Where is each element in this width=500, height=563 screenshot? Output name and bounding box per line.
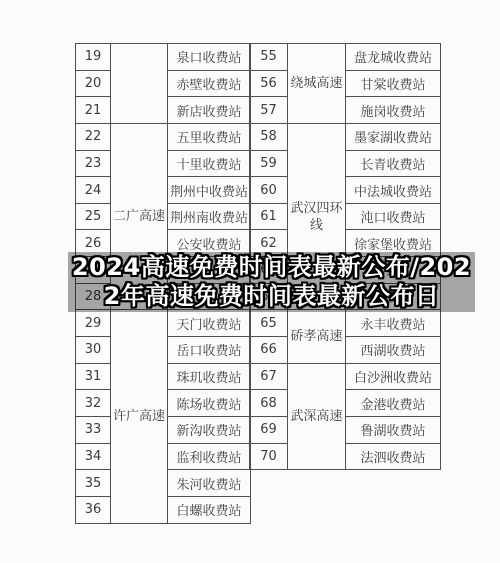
table-row: 56甘棠收费站: [250, 70, 441, 97]
station-name-cell: 朱河收费站: [168, 470, 251, 497]
table-row: 29许广高速天门收费站: [76, 310, 251, 337]
row-number-cell: 21: [76, 97, 111, 124]
table-row: 58武汉四环线墨家湖收费站: [250, 123, 441, 150]
row-number-cell: 24: [76, 177, 111, 204]
table-row: 59长青收费站: [250, 150, 441, 177]
station-name-cell: 新沟收费站: [168, 416, 251, 443]
row-number-cell: 22: [76, 123, 111, 150]
row-number-cell: 60: [250, 177, 288, 204]
station-name-cell: 五里收费站: [168, 123, 251, 150]
station-name-cell: 法泗收费站: [346, 443, 441, 470]
station-name-cell: 西湖收费站: [346, 337, 441, 364]
station-name-cell: 永丰收费站: [346, 310, 441, 337]
row-number-cell: 29: [76, 310, 111, 337]
station-name-cell: 泉口收费站: [168, 44, 251, 71]
station-name-cell: 中法城收费站: [346, 177, 441, 204]
table-row: 69鲁湖收费站: [250, 416, 441, 443]
station-name-cell: 施岗收费站: [346, 97, 441, 124]
highway-group-cell: [111, 44, 168, 124]
row-number-cell: 34: [76, 443, 111, 470]
row-number-cell: 57: [250, 97, 288, 124]
station-name-cell: 金港收费站: [346, 390, 441, 417]
station-name-cell: 荆州南收费站: [168, 203, 251, 230]
row-number-cell: 23: [76, 150, 111, 177]
station-name-cell: 白沙洲收费站: [346, 363, 441, 390]
table-row: 57施岗收费站: [250, 97, 441, 124]
station-name-cell: 白螺收费站: [168, 496, 251, 523]
table-row: 61沌口收费站: [250, 203, 441, 230]
station-name-cell: 荆州中收费站: [168, 177, 251, 204]
station-name-cell: 盘龙城收费站: [346, 44, 441, 71]
station-name-cell: 陈场收费站: [168, 390, 251, 417]
station-name-cell: 鲁湖收费站: [346, 416, 441, 443]
highway-group-cell: 硚孝高速: [288, 310, 346, 363]
title-overlay-line2: 2年高速免费时间表最新公布日: [104, 282, 440, 311]
table-row: 68金港收费站: [250, 390, 441, 417]
row-number-cell: 20: [76, 70, 111, 97]
highway-group-cell: 许广高速: [111, 310, 168, 523]
table-row: 60中法城收费站: [250, 177, 441, 204]
station-name-cell: 监利收费站: [168, 443, 251, 470]
row-number-cell: 69: [250, 416, 288, 443]
title-overlay-banner: 2024高速免费时间表最新公布/202 2年高速免费时间表最新公布日: [68, 252, 475, 312]
table-row: 67武深高速白沙洲收费站: [250, 363, 441, 390]
station-name-cell: 沌口收费站: [346, 203, 441, 230]
station-name-cell: 赤壁收费站: [168, 70, 251, 97]
table-row: 55绕城高速盘龙城收费站: [250, 44, 441, 71]
station-name-cell: 新店收费站: [168, 97, 251, 124]
highway-group-cell: 绕城高速: [288, 44, 346, 124]
station-name-cell: 甘棠收费站: [346, 70, 441, 97]
row-number-cell: 68: [250, 390, 288, 417]
row-number-cell: 66: [250, 337, 288, 364]
title-overlay-line1: 2024高速免费时间表最新公布/202: [72, 253, 471, 282]
table-row: 22二广高速五里收费站: [76, 123, 251, 150]
table-row: 19泉口收费站: [76, 44, 251, 71]
station-name-cell: 珠玑收费站: [168, 363, 251, 390]
station-name-cell: 长青收费站: [346, 150, 441, 177]
row-number-cell: 19: [76, 44, 111, 71]
row-number-cell: 59: [250, 150, 288, 177]
row-number-cell: 35: [76, 470, 111, 497]
station-name-cell: 天门收费站: [168, 310, 251, 337]
row-number-cell: 32: [76, 390, 111, 417]
row-number-cell: 30: [76, 337, 111, 364]
row-number-cell: 25: [76, 203, 111, 230]
row-number-cell: 31: [76, 363, 111, 390]
row-number-cell: 67: [250, 363, 288, 390]
station-name-cell: 墨家湖收费站: [346, 123, 441, 150]
row-number-cell: 56: [250, 70, 288, 97]
row-number-cell: 33: [76, 416, 111, 443]
row-number-cell: 55: [250, 44, 288, 71]
row-number-cell: 58: [250, 123, 288, 150]
station-name-cell: 岳口收费站: [168, 337, 251, 364]
table-row: 66西湖收费站: [250, 337, 441, 364]
row-number-cell: 61: [250, 203, 288, 230]
station-name-cell: 十里收费站: [168, 150, 251, 177]
row-number-cell: 65: [250, 310, 288, 337]
row-number-cell: 70: [250, 443, 288, 470]
row-number-cell: 36: [76, 496, 111, 523]
table-row: 70法泗收费站: [250, 443, 441, 470]
table-row: 65硚孝高速永丰收费站: [250, 310, 441, 337]
highway-group-cell: 武深高速: [288, 363, 346, 470]
